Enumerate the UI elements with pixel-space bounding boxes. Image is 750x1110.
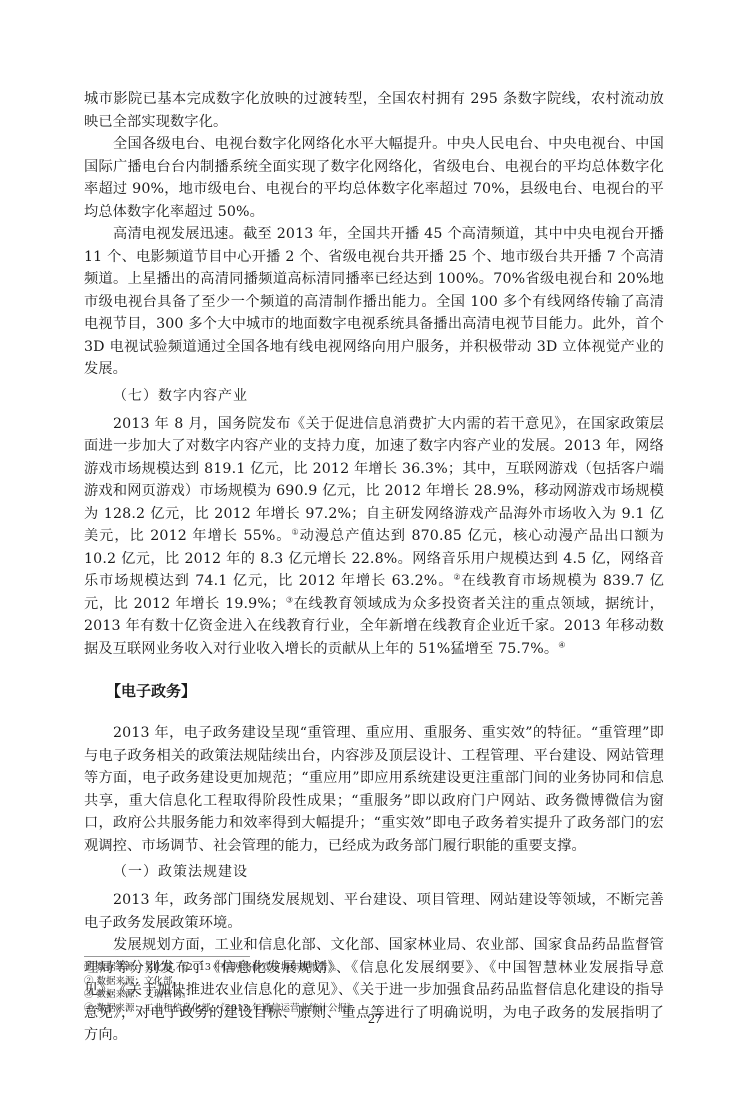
paragraph-radio-tv-digitization: 全国各级电台、电视台数字化网络化水平大幅提升。中央人民电台、中央电视台、中国国际… — [84, 133, 664, 223]
footnote-ref-4[interactable]: ④ — [558, 640, 565, 649]
footnote-2: ② 数据来源：文化部。 — [84, 975, 584, 989]
paragraph-hdtv-development: 高清电视发展迅速。截至 2013 年，全国共开播 45 个高清频道，其中中央电视… — [84, 223, 664, 381]
section-title-e-government: 【电子政务】 — [84, 680, 664, 702]
subsection-title-digital-content: （七）数字内容产业 — [84, 385, 664, 407]
footnote-1: ① 数据来源：文化部，《2013 中国网络游戏市场年度报告》。 — [84, 961, 584, 975]
text-segment: 2013 年 8 月，国务院发布《关于促进信息消费扩大内需的若干意见》，在国家政… — [84, 416, 664, 545]
subsection-title-policy-regulation: （一）政策法规建设 — [84, 861, 664, 883]
paragraph-policy-environment: 2013 年，政务部门围绕发展规划、平台建设、项目管理、网站建设等领域，不断完善… — [84, 889, 664, 934]
paragraph-cinema-digitization: 城市影院已基本完成数字化放映的过渡转型，全国农村拥有 295 条数字院线，农村流… — [84, 88, 664, 133]
footnote-3: ③ 数据来源：艾瑞咨询。 — [84, 988, 584, 1002]
footnote-ref-1[interactable]: ① — [292, 527, 300, 536]
footnote-ref-3[interactable]: ③ — [285, 595, 293, 604]
paragraph-digital-content-industry: 2013 年 8 月，国务院发布《关于促进信息消费扩大内需的若干意见》，在国家政… — [84, 413, 664, 661]
document-page-body: 城市影院已基本完成数字化放映的过渡转型，全国农村拥有 295 条数字院线，农村流… — [84, 88, 664, 1047]
paragraph-egov-intro: 2013 年，电子政务建设呈现“重管理、重应用、重服务、重实效”的特征。“重管理… — [84, 722, 664, 857]
footnotes: ① 数据来源：文化部，《2013 中国网络游戏市场年度报告》。 ② 数据来源：文… — [84, 961, 584, 1015]
page-number: 27 — [0, 1012, 750, 1028]
footnote-divider — [84, 956, 250, 957]
